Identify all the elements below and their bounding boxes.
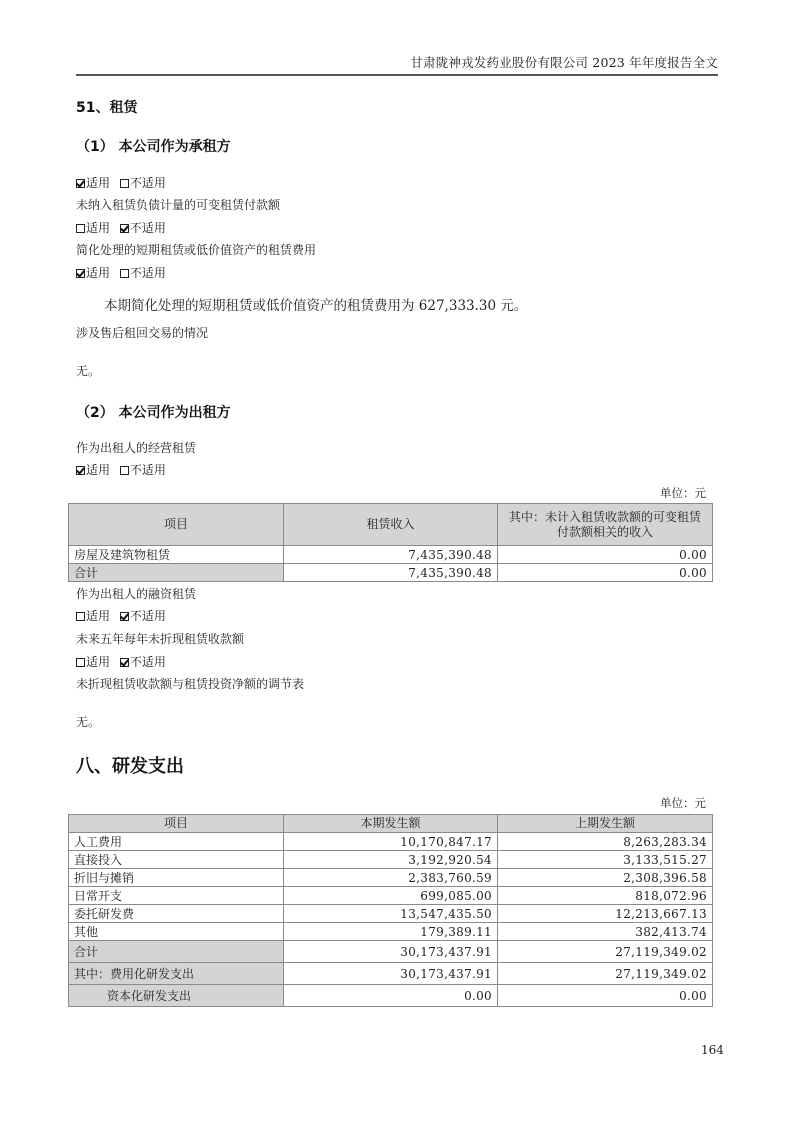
unit-label-rd: 单位：元 — [660, 795, 706, 811]
row-item: 其中：费用化研发支出 — [69, 963, 284, 985]
short-term-lease-label: 简化处理的短期租赁或低价值资产的租赁费用 — [76, 242, 316, 258]
row-prior: 27,119,349.02 — [498, 963, 713, 985]
row-income: 7,435,390.48 — [284, 564, 498, 582]
row-current: 13,547,435.50 — [284, 905, 498, 923]
row-item: 委托研发费 — [69, 905, 284, 923]
page-number: 164 — [701, 1043, 724, 1057]
row-income: 7,435,390.48 — [284, 546, 498, 564]
row-prior: 3,133,515.27 — [498, 851, 713, 869]
row-item: 其他 — [69, 923, 284, 941]
checkbox-checked-icon[interactable] — [120, 612, 129, 621]
row-current: 2,383,760.59 — [284, 869, 498, 887]
row-current: 699,085.00 — [284, 887, 498, 905]
checkbox-unchecked-icon[interactable] — [120, 179, 129, 188]
column-header-variable-income: 其中：未计入租赁收款额的可变租赁 付款额相关的收入 — [498, 504, 713, 546]
table-row-total: 合计 7,435,390.48 0.00 — [69, 564, 713, 582]
table-row-expensed: 其中：费用化研发支出 30,173,437.91 27,119,349.02 — [69, 963, 713, 985]
row-current: 30,173,437.91 — [284, 941, 498, 963]
finance-lease-label: 作为出租人的融资租赁 — [76, 586, 196, 602]
row-current: 10,170,847.17 — [284, 833, 498, 851]
row-item: 日常开支 — [69, 887, 284, 905]
column-header-item: 项目 — [69, 504, 284, 546]
applicable-row-lessee-1: 适用 不适用 — [76, 175, 166, 191]
section-title-lease: 51、租赁 — [76, 97, 137, 117]
short-term-lease-text: 本期简化处理的短期租赁或低价值资产的租赁费用为 627,333.30 元。 — [104, 294, 527, 314]
applicable-row-lessor-3: 适用 不适用 — [76, 654, 166, 670]
sale-leaseback-value: 无。 — [76, 363, 100, 379]
table-row-capitalized: 资本化研发支出 0.00 0.00 — [69, 985, 713, 1007]
table-row: 房屋及建筑物租赁 7,435,390.48 0.00 — [69, 546, 713, 564]
table-header-row: 项目 租赁收入 其中：未计入租赁收款额的可变租赁 付款额相关的收入 — [69, 504, 713, 546]
applicable-row-lessee-3: 适用 不适用 — [76, 265, 166, 281]
applicable-row-lessor-2: 适用 不适用 — [76, 608, 166, 624]
not-applicable-label: 不适用 — [130, 176, 166, 190]
row-current: 0.00 — [284, 985, 498, 1007]
row-prior: 382,413.74 — [498, 923, 713, 941]
applicable-row-lessee-2: 适用 不适用 — [76, 220, 166, 236]
column-header-current: 本期发生额 — [284, 815, 498, 833]
lease-income-table: 项目 租赁收入 其中：未计入租赁收款额的可变租赁 付款额相关的收入 房屋及建筑物… — [68, 503, 713, 582]
table-row: 折旧与摊销 2,383,760.59 2,308,396.58 — [69, 869, 713, 887]
applicable-row-lessor-1: 适用 不适用 — [76, 462, 166, 478]
not-applicable-label: 不适用 — [130, 463, 166, 477]
row-prior: 27,119,349.02 — [498, 941, 713, 963]
row-item: 人工费用 — [69, 833, 284, 851]
reconciliation-value: 无。 — [76, 714, 100, 730]
applicable-label: 适用 — [86, 609, 110, 623]
checkbox-unchecked-icon[interactable] — [76, 658, 85, 667]
row-item: 资本化研发支出 — [69, 985, 284, 1007]
table-row: 其他 179,389.11 382,413.74 — [69, 923, 713, 941]
row-current: 30,173,437.91 — [284, 963, 498, 985]
not-applicable-label: 不适用 — [130, 221, 166, 235]
table-row: 直接投入 3,192,920.54 3,133,515.27 — [69, 851, 713, 869]
row-item: 直接投入 — [69, 851, 284, 869]
row-prior: 12,213,667.13 — [498, 905, 713, 923]
five-year-receipts-label: 未来五年每年未折现租赁收款额 — [76, 631, 244, 647]
applicable-label: 适用 — [86, 221, 110, 235]
applicable-label: 适用 — [86, 655, 110, 669]
column-header-item: 项目 — [69, 815, 284, 833]
row-current: 179,389.11 — [284, 923, 498, 941]
checkbox-unchecked-icon[interactable] — [76, 612, 85, 621]
table-header-row: 项目 本期发生额 上期发生额 — [69, 815, 713, 833]
checkbox-checked-icon[interactable] — [76, 179, 85, 188]
row-item: 折旧与摊销 — [69, 869, 284, 887]
row-item: 合计 — [69, 564, 284, 582]
report-title: 甘肃陇神戎发药业股份有限公司 2023 年年度报告全文 — [410, 53, 718, 71]
reconciliation-label: 未折现租赁收款额与租赁投资净额的调节表 — [76, 676, 304, 692]
applicable-label: 适用 — [86, 176, 110, 190]
table-row: 日常开支 699,085.00 818,072.96 — [69, 887, 713, 905]
applicable-label: 适用 — [86, 266, 110, 280]
table-row: 委托研发费 13,547,435.50 12,213,667.13 — [69, 905, 713, 923]
checkbox-unchecked-icon[interactable] — [76, 224, 85, 233]
checkbox-checked-icon[interactable] — [76, 466, 85, 475]
applicable-label: 适用 — [86, 463, 110, 477]
subsection-title-lessor: （2） 本公司作为出租方 — [76, 402, 231, 422]
checkbox-checked-icon[interactable] — [120, 658, 129, 667]
row-item: 合计 — [69, 941, 284, 963]
checkbox-unchecked-icon[interactable] — [120, 466, 129, 475]
operating-lease-label: 作为出租人的经营租赁 — [76, 440, 196, 456]
table-row: 人工费用 10,170,847.17 8,263,283.34 — [69, 833, 713, 851]
row-prior: 8,263,283.34 — [498, 833, 713, 851]
subsection-title-lessee: （1） 本公司作为承租方 — [76, 136, 231, 156]
column-header-lease-income: 租赁收入 — [284, 504, 498, 546]
not-applicable-label: 不适用 — [130, 609, 166, 623]
not-applicable-label: 不适用 — [130, 655, 166, 669]
row-prior: 2,308,396.58 — [498, 869, 713, 887]
checkbox-unchecked-icon[interactable] — [120, 269, 129, 278]
row-item: 房屋及建筑物租赁 — [69, 546, 284, 564]
row-current: 3,192,920.54 — [284, 851, 498, 869]
row-variable: 0.00 — [498, 564, 713, 582]
checkbox-checked-icon[interactable] — [120, 224, 129, 233]
page-header: 甘肃陇神戎发药业股份有限公司 2023 年年度报告全文 — [76, 52, 718, 76]
not-applicable-label: 不适用 — [130, 266, 166, 280]
rd-expenditure-table: 项目 本期发生额 上期发生额 人工费用 10,170,847.17 8,263,… — [68, 814, 713, 1007]
row-prior: 0.00 — [498, 985, 713, 1007]
checkbox-checked-icon[interactable] — [76, 269, 85, 278]
unit-label-lease: 单位：元 — [660, 485, 706, 501]
sale-leaseback-label: 涉及售后租回交易的情况 — [76, 325, 208, 341]
row-prior: 818,072.96 — [498, 887, 713, 905]
column-header-prior: 上期发生额 — [498, 815, 713, 833]
variable-payments-label: 未纳入租赁负债计量的可变租赁付款额 — [76, 197, 280, 213]
row-variable: 0.00 — [498, 546, 713, 564]
table-row-total: 合计 30,173,437.91 27,119,349.02 — [69, 941, 713, 963]
section-title-rd: 八、研发支出 — [76, 752, 184, 778]
